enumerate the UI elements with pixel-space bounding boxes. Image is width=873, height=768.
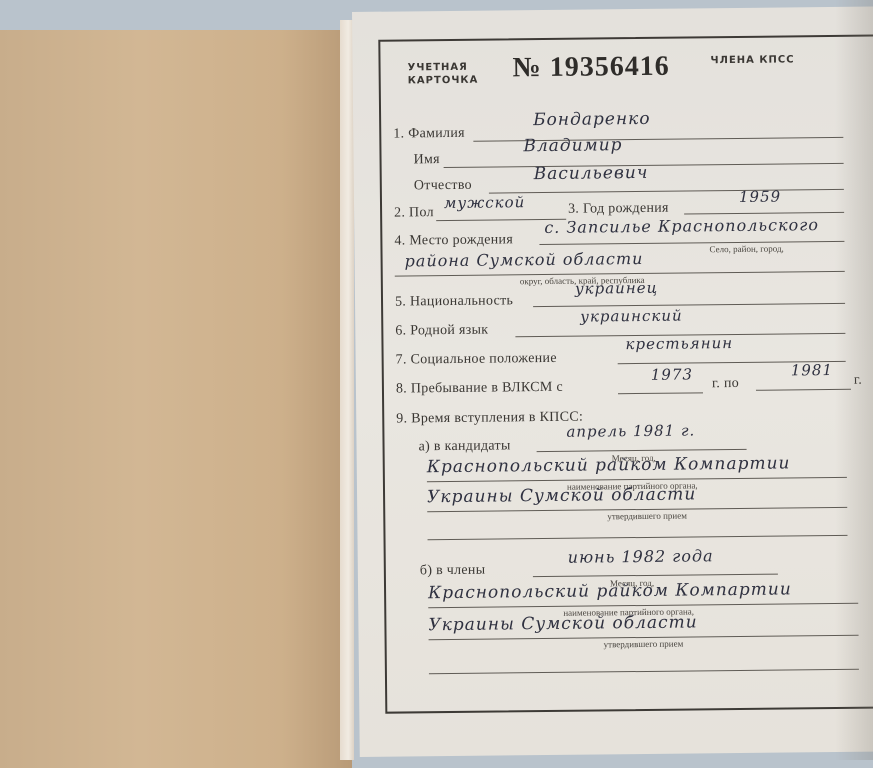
language-value: украинский [580, 307, 683, 326]
card-cover-left [0, 30, 352, 768]
header-line-1: УЧЕТНАЯ [408, 61, 479, 75]
birthplace-value-1: с. Запсилье Краснопольского [544, 215, 819, 237]
name-label: Имя [413, 152, 439, 168]
member-approved-hint: утвердившего прием [604, 639, 684, 650]
sex-value: мужской [444, 193, 525, 212]
header-title-left: УЧЕТНАЯ КАРТОЧКА [408, 61, 479, 88]
patronymic-value: Васильевич [534, 163, 649, 184]
birthplace-label: 4. Место рождения [394, 232, 513, 249]
candidate-date: апрель 1981 г. [566, 421, 695, 440]
member-label: б) в члены [420, 563, 486, 580]
nationality-label: 5. Национальность [395, 293, 513, 310]
nationality-value: украинец [575, 279, 658, 298]
member-org-2: Украины Сумской области [428, 612, 697, 635]
name-value: Владимир [523, 135, 622, 156]
surname-value: Бондаренко [533, 109, 651, 130]
sex-label: 2. Пол [394, 205, 434, 221]
join-label: 9. Время вступления в КПСС: [396, 410, 583, 428]
komsomol-from: 1973 [651, 365, 693, 383]
candidate-org-2: Украины Сумской области [427, 484, 696, 507]
candidate-org-1: Краснопольский райком Компартии [427, 453, 791, 477]
birthplace-value-2: района Сумской области [405, 249, 644, 270]
komsomol-label: 8. Пребывание в ВЛКСМ с [396, 380, 563, 398]
birth-year-label: 3. Год рождения [568, 201, 669, 218]
social-label: 7. Социальное положение [396, 351, 557, 369]
social-value: крестьянин [625, 334, 733, 353]
member-org-1: Краснопольский райком Компартии [428, 579, 792, 603]
language-label: 6. Родной язык [395, 323, 488, 340]
patronymic-label: Отчество [414, 178, 472, 195]
header-title-right: ЧЛЕНА КПСС [710, 53, 794, 67]
komsomol-to: 1981 [791, 361, 833, 379]
komsomol-mid: г. по [712, 376, 739, 392]
card-number: № 19356416 [512, 51, 669, 85]
candidate-label: а) в кандидаты [418, 438, 510, 455]
card-page: УЧЕТНАЯ КАРТОЧКА № 19356416 ЧЛЕНА КПСС 1… [352, 6, 873, 757]
birth-year-value: 1959 [739, 188, 781, 206]
member-date: июнь 1982 года [568, 546, 714, 567]
card-spine [340, 20, 354, 760]
birthplace-hint-1: Село, район, город, [709, 243, 783, 254]
page-shadow [835, 0, 873, 760]
surname-label: 1. Фамилия [393, 126, 465, 143]
header-line-2: КАРТОЧКА [408, 74, 479, 88]
candidate-approved-hint: утвердившего прием [607, 511, 687, 522]
